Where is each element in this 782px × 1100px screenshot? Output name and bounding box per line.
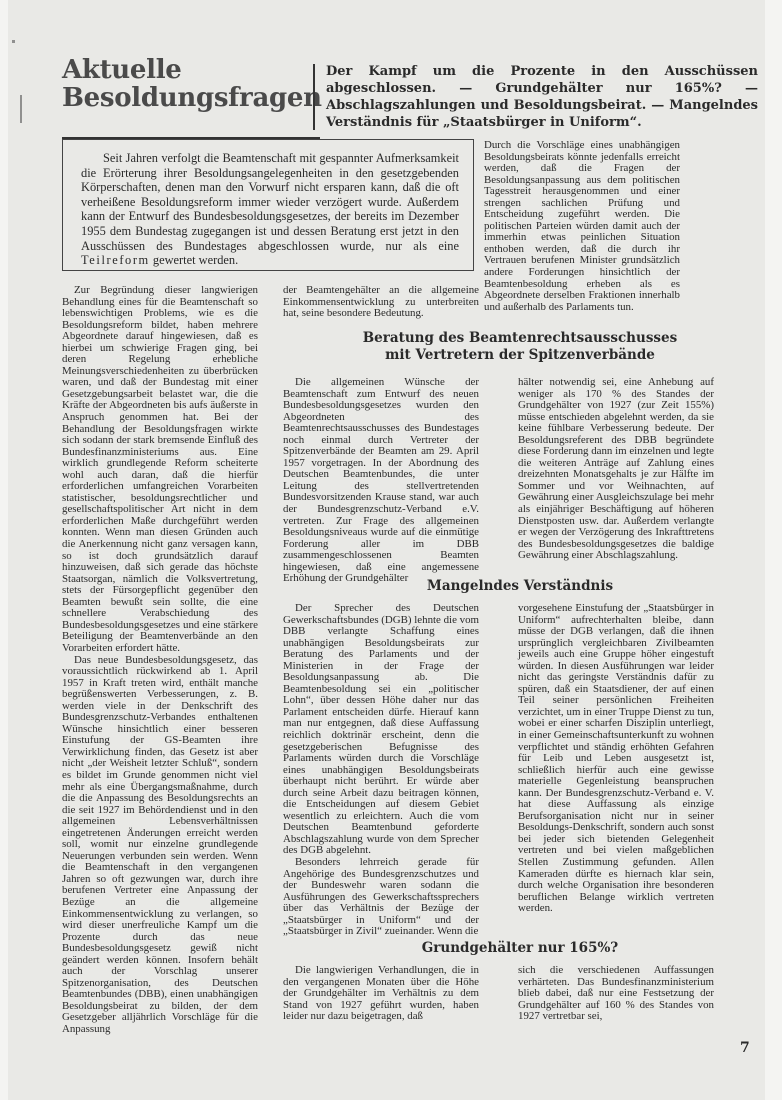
- beratung-column-1: Die allgemeinen Wünsche der Beamtenschaf…: [283, 377, 479, 585]
- article-title: Aktuelle Besoldungsfragen: [62, 56, 312, 112]
- article-subtitle: Der Kampf um die Prozente in den Ausschü…: [326, 63, 758, 131]
- title-line-1: Aktuelle: [62, 56, 312, 84]
- section-heading-verstaendnis: Mangelndes Verständnis: [280, 578, 760, 595]
- intro-emphasis: Teilreform: [81, 253, 150, 267]
- section-heading-grundgehaelter: Grundgehälter nur 165%?: [280, 940, 760, 957]
- verstaendnis-column-2: vorgesehene Einstufung der „Staatsbürger…: [518, 603, 714, 915]
- left-paragraph-2: Das neue Bundesbesoldungsgesetz, das vor…: [62, 655, 258, 1036]
- left-column: Zur Begründung dieser langwierigen Behan…: [62, 285, 258, 1036]
- middle-top-column: der Beamtengehälter an die allgemeine Ei…: [283, 285, 479, 320]
- scan-artifact: [12, 40, 15, 43]
- title-divider: [313, 64, 315, 130]
- left-paragraph-1: Zur Begründung dieser langwierigen Behan…: [62, 285, 258, 655]
- title-line-2: Besoldungsfragen: [62, 84, 312, 112]
- grundgehaelter-column-1: Die langwierigen Verhandlungen, die in d…: [283, 965, 479, 1023]
- intro-box: Seit Jahren verfolgt die Beamtenschaft m…: [62, 139, 474, 271]
- verstaendnis-column-1: Der Sprecher des Deutschen Gewerkschafts…: [283, 603, 479, 938]
- section-heading-beratung: Beratung des Beamtenrechtsausschusses mi…: [280, 330, 760, 364]
- middle-top-paragraph: der Beamtengehälter an die allgemeine Ei…: [283, 285, 479, 320]
- beratung-column-2: hälter notwendig sei, eine Anhebung auf …: [518, 377, 714, 562]
- page-number: 7: [740, 1040, 750, 1056]
- right-top-column: Durch die Vorschläge eines unabhängigen …: [484, 140, 680, 313]
- scan-artifact: [20, 95, 22, 123]
- right-top-paragraph: Durch die Vorschläge eines unabhängigen …: [484, 140, 680, 313]
- intro-text: Seit Jahren verfolgt die Beamtenschaft m…: [81, 151, 459, 268]
- grundgehaelter-column-2: sich die verschiedenen Auffassungen verh…: [518, 965, 714, 1023]
